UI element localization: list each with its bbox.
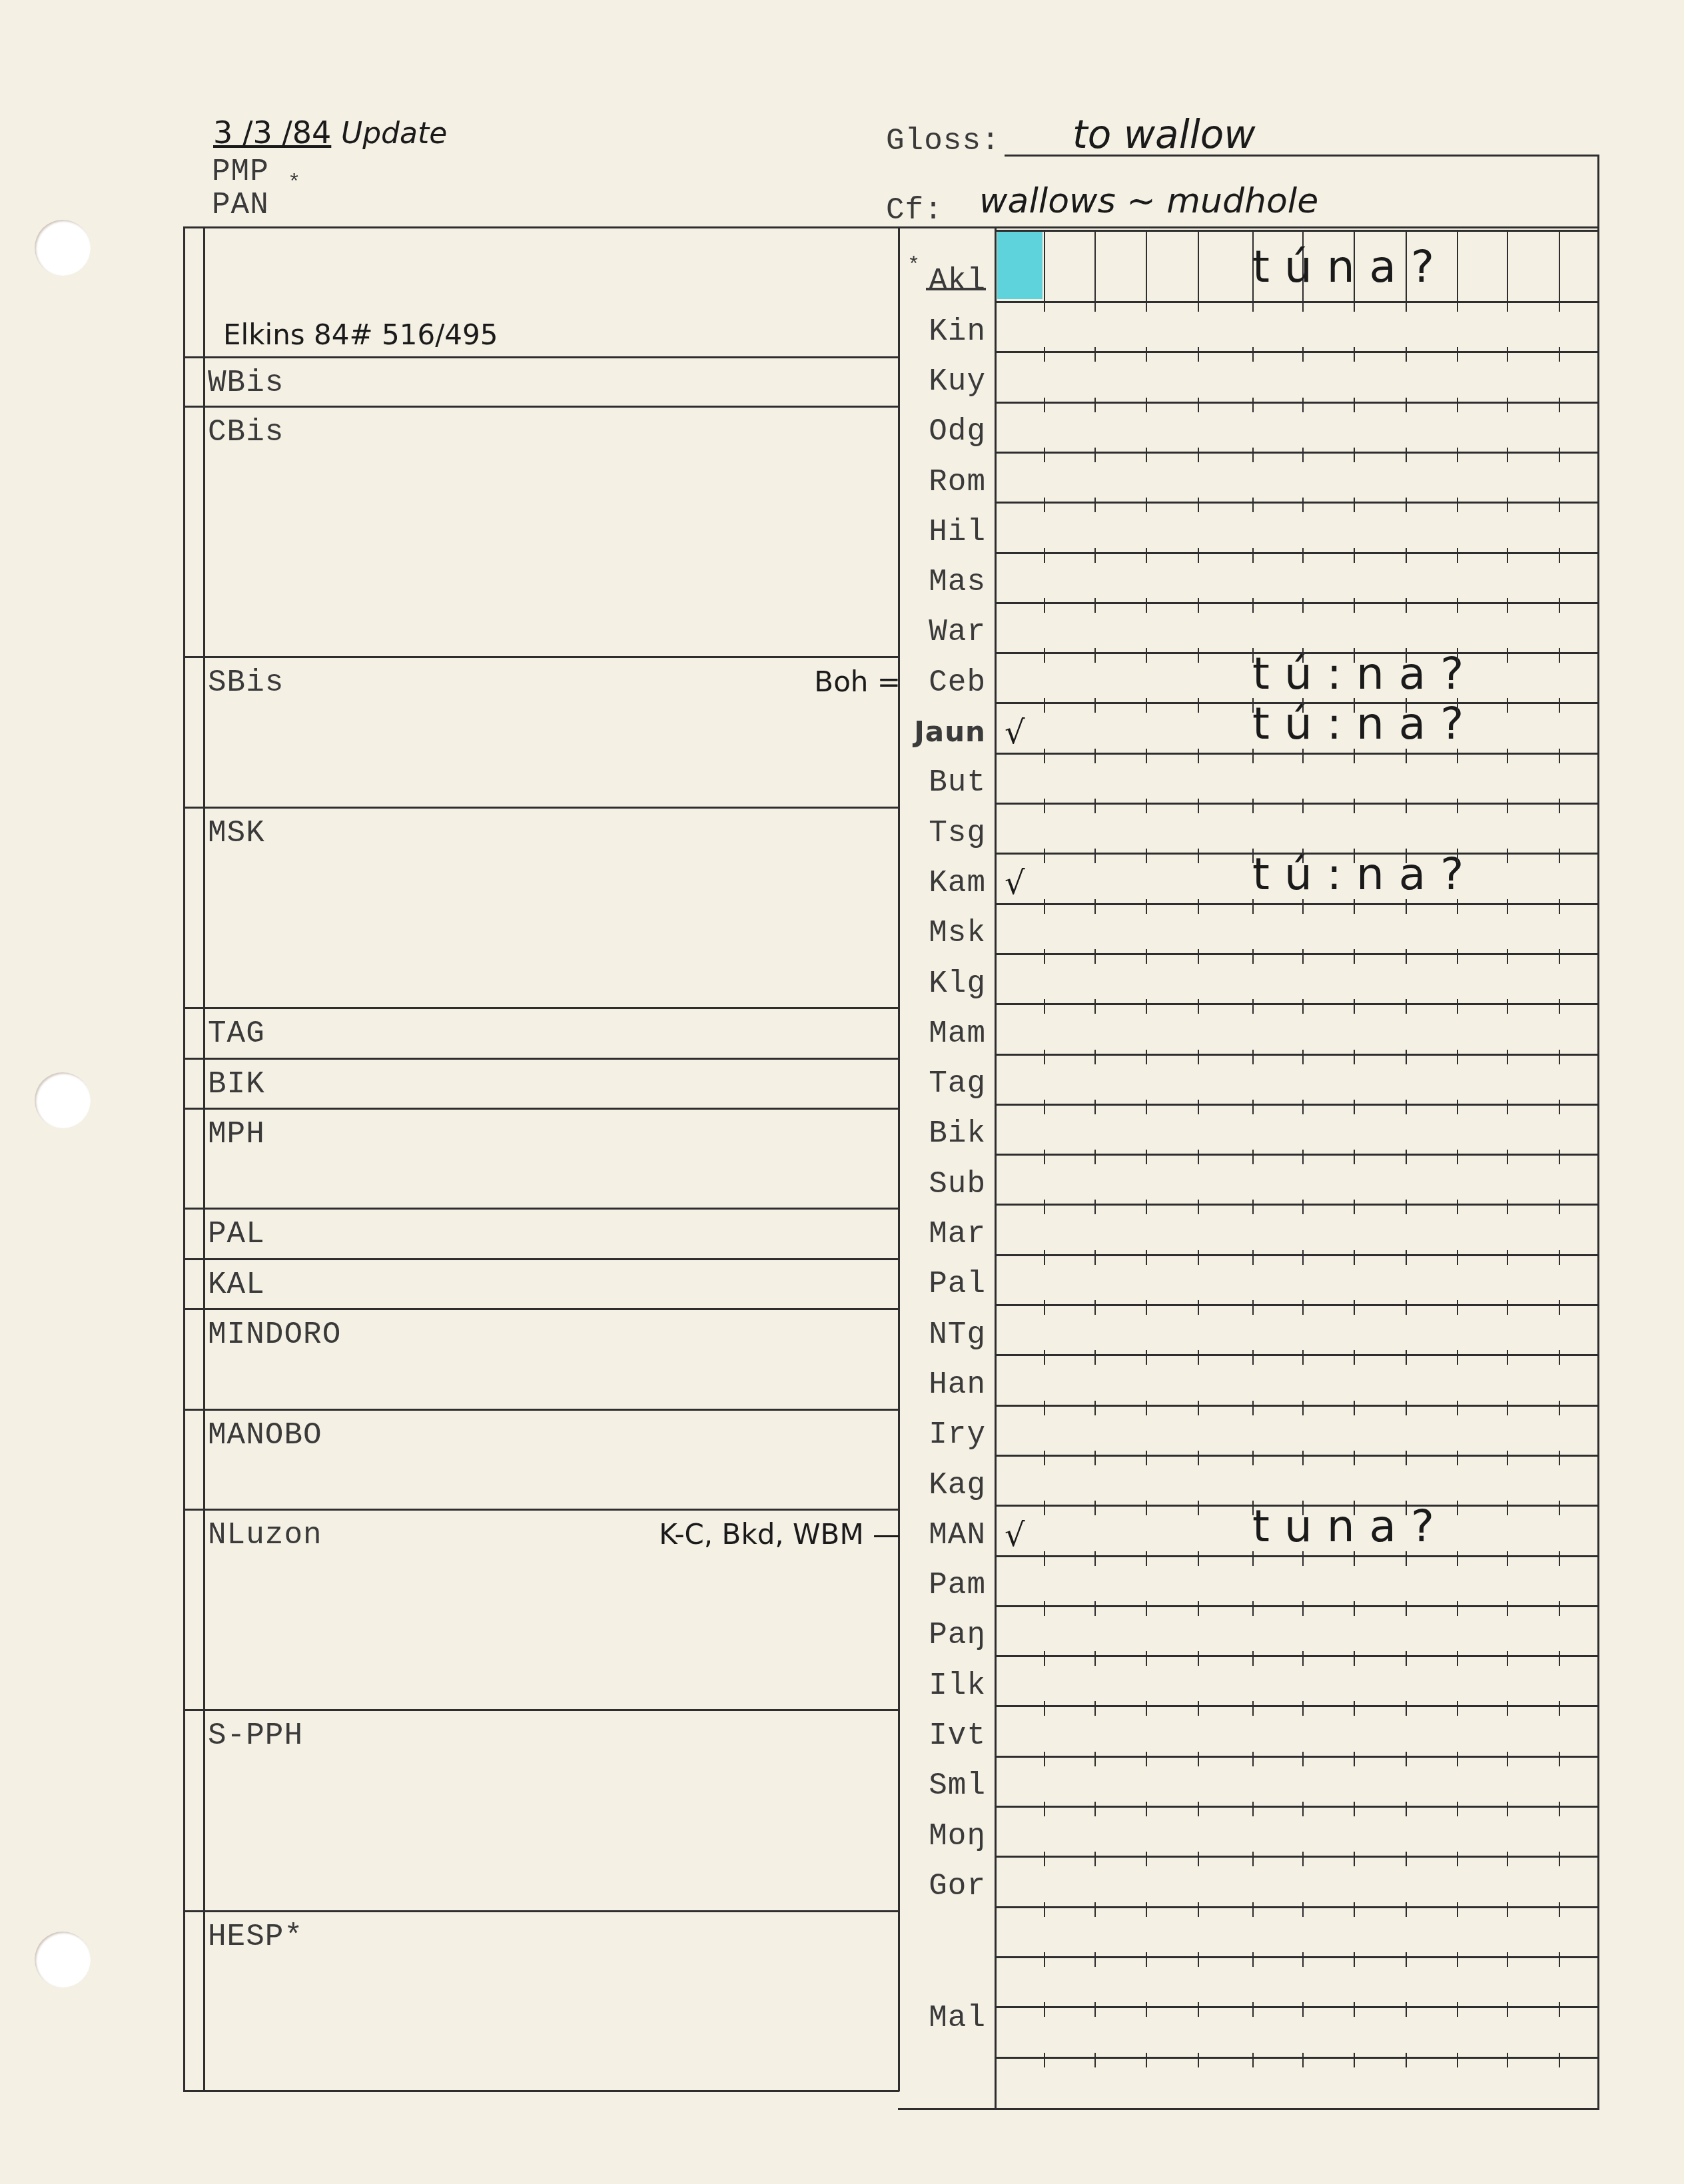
row-line [996, 652, 1599, 654]
row-tick [1094, 899, 1096, 914]
gloss-value[interactable]: to wallow [1072, 112, 1256, 157]
row-line [996, 1705, 1599, 1707]
row-tick [1354, 1601, 1355, 1616]
row-tick [1252, 648, 1254, 663]
row-tick [1302, 1802, 1304, 1816]
row-tick [1354, 1050, 1355, 1064]
row-tick [1302, 1902, 1304, 1917]
row-tick [1354, 1401, 1355, 1415]
reconstruction-cell-divider [1094, 230, 1096, 301]
table-left-border [183, 226, 185, 2091]
row-tick [1146, 648, 1147, 663]
source-note[interactable]: Elkins 84# 516/495 [223, 318, 498, 351]
gloss-label: Gloss: [886, 124, 1001, 159]
row-tick [1252, 448, 1254, 462]
row-tick [1094, 498, 1096, 512]
row-tick [1146, 1250, 1147, 1265]
section-divider [183, 1509, 899, 1511]
row-tick [1406, 1551, 1407, 1566]
row-tick [1354, 1902, 1355, 1917]
reflex-form[interactable]: tú:na? [1252, 648, 1478, 699]
language-code: Ilk [893, 1668, 986, 1703]
section-divider [183, 1007, 899, 1009]
row-tick [1044, 297, 1045, 312]
section-label: CBis [208, 415, 284, 450]
row-tick [1252, 347, 1254, 362]
row-tick [1559, 1350, 1560, 1365]
row-tick [1146, 999, 1147, 1014]
section-label: WBis [208, 366, 284, 400]
row-tick [1252, 2002, 1254, 2017]
row-line [996, 402, 1599, 404]
row-tick [1406, 1601, 1407, 1616]
language-code: Kam [893, 866, 986, 901]
language-code: Moŋ [893, 1819, 986, 1854]
row-tick [1457, 498, 1458, 512]
row-tick [1302, 1100, 1304, 1114]
row-tick [1302, 1350, 1304, 1365]
row-tick [1252, 1701, 1254, 1716]
language-code: Iry [893, 1417, 986, 1452]
row-tick [1302, 849, 1304, 863]
row-tick [1559, 1501, 1560, 1515]
row-tick [1252, 1802, 1254, 1816]
row-tick [1559, 448, 1560, 462]
row-tick [1094, 648, 1096, 663]
row-tick [1457, 1050, 1458, 1064]
row-tick [1302, 2053, 1304, 2067]
row-tick [1252, 1752, 1254, 1766]
row-tick [1559, 1601, 1560, 1616]
side-note[interactable]: K-C, Bkd, WBM — [659, 1518, 901, 1551]
row-tick [1094, 398, 1096, 412]
row-tick [1302, 899, 1304, 914]
row-line [996, 351, 1599, 353]
language-code: Han [893, 1367, 986, 1402]
pmp-label: PMP [212, 155, 269, 189]
language-code: Mam [893, 1016, 986, 1051]
row-tick [1198, 1902, 1199, 1917]
date-value: 3 /3 /84 [213, 115, 331, 151]
row-tick [1044, 899, 1045, 914]
row-tick [1146, 1200, 1147, 1214]
row-tick [1457, 1200, 1458, 1214]
reconstruction-cell-divider [1559, 230, 1560, 301]
row-tick [1044, 1050, 1045, 1064]
row-tick [1354, 1701, 1355, 1716]
row-tick [1302, 1852, 1304, 1866]
row-tick [1198, 1350, 1199, 1365]
row-tick [1094, 1501, 1096, 1515]
row-tick [1198, 347, 1199, 362]
row-line [996, 1455, 1599, 1457]
row-line [996, 702, 1599, 704]
row-tick [1354, 598, 1355, 613]
row-tick [1406, 1150, 1407, 1164]
row-tick [1094, 1902, 1096, 1917]
section-label: MSK [208, 816, 265, 851]
row-tick [1044, 1250, 1045, 1265]
language-code: Tag [893, 1066, 986, 1101]
row-line [996, 953, 1599, 955]
row-tick [1457, 1752, 1458, 1766]
cf-value[interactable]: wallows ~ mudhole [979, 181, 1318, 221]
row-tick [1406, 347, 1407, 362]
row-tick [1354, 2002, 1355, 2017]
row-line [996, 301, 1599, 303]
row-tick [1146, 1300, 1147, 1315]
row-tick [1559, 899, 1560, 914]
row-tick [1094, 1250, 1096, 1265]
row-tick [1146, 2053, 1147, 2067]
row-line [996, 1204, 1599, 1206]
row-tick [1094, 1451, 1096, 1465]
row-tick [1252, 999, 1254, 1014]
row-tick [1406, 398, 1407, 412]
row-tick [1198, 1601, 1199, 1616]
row-line [996, 502, 1599, 504]
row-tick [1559, 999, 1560, 1014]
language-code: Klg [893, 966, 986, 1001]
row-line [996, 1956, 1599, 1958]
row-tick [1094, 749, 1096, 763]
row-line [996, 1405, 1599, 1407]
row-tick [1252, 1852, 1254, 1866]
row-tick [1406, 1100, 1407, 1114]
language-code: Sml [893, 1768, 986, 1803]
row-tick [1354, 849, 1355, 863]
row-tick [1252, 1100, 1254, 1114]
row-tick [1457, 648, 1458, 663]
row-tick [1559, 297, 1560, 312]
section-divider [183, 1910, 899, 1912]
row-tick [1559, 498, 1560, 512]
row-tick [1094, 1601, 1096, 1616]
section-label: SBis [208, 665, 284, 700]
row-tick [1198, 1401, 1199, 1415]
row-tick [1198, 398, 1199, 412]
hole-punch-bottom [35, 1932, 91, 1988]
row-tick [1094, 1952, 1096, 1967]
row-tick [1354, 1200, 1355, 1214]
row-tick [1094, 799, 1096, 813]
row-tick [1559, 1952, 1560, 1967]
row-tick [1559, 1802, 1560, 1816]
section-label: PAL [208, 1217, 265, 1252]
row-tick [1252, 1050, 1254, 1064]
row-tick [1507, 1752, 1508, 1766]
row-tick [1094, 1852, 1096, 1866]
row-tick [1198, 1150, 1199, 1164]
row-line [996, 1054, 1599, 1056]
language-code: Msk [893, 916, 986, 950]
row-tick [1507, 598, 1508, 613]
row-tick [1252, 1200, 1254, 1214]
row-tick [1044, 1651, 1045, 1666]
row-tick [1457, 2002, 1458, 2017]
row-tick [1094, 1401, 1096, 1415]
row-tick [1457, 2053, 1458, 2067]
row-tick [1302, 949, 1304, 964]
row-line [996, 1655, 1599, 1657]
row-tick [1302, 1752, 1304, 1766]
row-tick [1406, 1401, 1407, 1415]
row-tick [1507, 1050, 1508, 1064]
section-divider [183, 1258, 899, 1260]
row-tick [1457, 999, 1458, 1014]
lang-column-right-border [995, 226, 997, 2110]
row-tick [1302, 1551, 1304, 1566]
row-tick [1559, 1451, 1560, 1465]
row-tick [1507, 1250, 1508, 1265]
row-tick [1044, 1701, 1045, 1716]
row-tick [1094, 1551, 1096, 1566]
row-tick [1302, 799, 1304, 813]
section-divider [183, 1308, 899, 1310]
row-tick [1198, 849, 1199, 863]
row-tick [1146, 1852, 1147, 1866]
row-tick [1354, 1752, 1355, 1766]
row-tick [1406, 648, 1407, 663]
row-tick [1198, 1802, 1199, 1816]
section-divider [183, 356, 899, 358]
row-tick [1406, 949, 1407, 964]
row-tick [1406, 548, 1407, 563]
row-tick [1406, 598, 1407, 613]
row-tick [1302, 448, 1304, 462]
row-tick [1406, 1902, 1407, 1917]
row-tick [1094, 1651, 1096, 1666]
row-tick [1559, 2053, 1560, 2067]
row-tick [1354, 1451, 1355, 1465]
row-line [996, 1756, 1599, 1758]
row-tick [1302, 1050, 1304, 1064]
row-tick [1406, 297, 1407, 312]
row-tick [1198, 698, 1199, 713]
row-tick [1302, 749, 1304, 763]
row-tick [1507, 749, 1508, 763]
row-tick [1044, 1300, 1045, 1315]
row-tick [1252, 1501, 1254, 1515]
row-tick [1198, 799, 1199, 813]
row-tick [1198, 1300, 1199, 1315]
row-tick [1354, 1350, 1355, 1365]
row-tick [1146, 1752, 1147, 1766]
row-tick [1146, 698, 1147, 713]
row-tick [1094, 1701, 1096, 1716]
row-tick [1507, 1651, 1508, 1666]
language-code: Mar [893, 1217, 986, 1252]
reflex-form[interactable]: tú:na? [1252, 849, 1478, 900]
row-tick [1559, 1200, 1560, 1214]
row-tick [1146, 949, 1147, 964]
reconstruction-cell-divider [1044, 230, 1045, 301]
row-tick [1252, 799, 1254, 813]
section-divider [183, 1709, 899, 1711]
section-label: MINDORO [208, 1317, 341, 1352]
row-tick [1198, 1250, 1199, 1265]
row-tick [1094, 1150, 1096, 1164]
row-tick [1507, 1200, 1508, 1214]
reflex-form[interactable]: tú:na? [1252, 698, 1478, 749]
row-tick [1252, 1902, 1254, 1917]
row-tick [1302, 1601, 1304, 1616]
row-tick [1559, 1651, 1560, 1666]
row-tick [1146, 1701, 1147, 1716]
side-note[interactable]: Boh = [814, 665, 901, 698]
row-tick [1354, 297, 1355, 312]
row-tick [1044, 1350, 1045, 1365]
row-tick [1094, 1300, 1096, 1315]
row-line [996, 602, 1599, 604]
row-tick [1094, 1752, 1096, 1766]
row-tick [1507, 999, 1508, 1014]
row-tick [1507, 849, 1508, 863]
row-tick [1198, 648, 1199, 663]
pan-label: PAN [212, 188, 269, 222]
row-tick [1559, 2002, 1560, 2017]
row-tick [1146, 849, 1147, 863]
language-code: Akl [893, 264, 986, 298]
section-divider [183, 807, 899, 809]
row-tick [1302, 548, 1304, 563]
row-tick [1198, 498, 1199, 512]
language-code: Hil [893, 515, 986, 549]
language-code: Ceb [893, 665, 986, 700]
language-code: Kag [893, 1468, 986, 1503]
row-tick [1507, 949, 1508, 964]
row-line [996, 853, 1599, 855]
row-tick [1559, 1050, 1560, 1064]
row-tick [1354, 1802, 1355, 1816]
row-line [996, 2006, 1599, 2008]
row-tick [1146, 347, 1147, 362]
row-tick [1457, 698, 1458, 713]
section-label: NLuzon [208, 1518, 322, 1553]
row-tick [1146, 498, 1147, 512]
reconstruction-form[interactable]: túna? [1252, 241, 1449, 292]
row-tick [1044, 398, 1045, 412]
row-tick [1457, 1902, 1458, 1917]
row-tick [1507, 1601, 1508, 1616]
language-code: Paŋ [893, 1618, 986, 1652]
row-tick [1146, 749, 1147, 763]
row-tick [1044, 1952, 1045, 1967]
row-tick [1507, 1401, 1508, 1415]
row-tick [1507, 698, 1508, 713]
row-tick [1457, 1401, 1458, 1415]
row-tick [1094, 347, 1096, 362]
row-tick [1146, 1551, 1147, 1566]
row-line [996, 1003, 1599, 1005]
hole-punch-middle [35, 1072, 91, 1128]
row-tick [1146, 1802, 1147, 1816]
row-tick [1457, 1300, 1458, 1315]
check-mark-icon: √ [1005, 865, 1025, 902]
row-tick [1044, 1401, 1045, 1415]
row-tick [1044, 1200, 1045, 1214]
row-tick [1354, 899, 1355, 914]
row-line [996, 1906, 1599, 1908]
row-tick [1198, 297, 1199, 312]
language-code: MAN [893, 1518, 986, 1553]
row-tick [1302, 1200, 1304, 1214]
row-tick [1457, 1651, 1458, 1666]
row-tick [1406, 1200, 1407, 1214]
language-code: Tsg [893, 816, 986, 851]
row-tick [1457, 1852, 1458, 1866]
row-tick [1094, 2002, 1096, 2017]
row-tick [1354, 1952, 1355, 1967]
row-tick [1044, 1501, 1045, 1515]
row-tick [1252, 1551, 1254, 1566]
section-label: MANOBO [208, 1418, 322, 1453]
row-tick [1559, 1250, 1560, 1265]
language-code: Sub [893, 1167, 986, 1202]
row-tick [1146, 398, 1147, 412]
row-tick [1507, 1350, 1508, 1365]
gloss-frame-top [1338, 155, 1599, 157]
row-tick [1044, 2002, 1045, 2017]
language-code: Pam [893, 1568, 986, 1603]
reconstruction-cell-divider [1146, 230, 1147, 301]
row-tick [1302, 1401, 1304, 1415]
row-tick [1146, 1651, 1147, 1666]
row-line [996, 1605, 1599, 1607]
row-line [996, 1555, 1599, 1557]
row-tick [1507, 1952, 1508, 1967]
row-tick [1044, 749, 1045, 763]
reflex-form[interactable]: tuna? [1252, 1501, 1449, 1552]
row-tick [1252, 1250, 1254, 1265]
row-tick [1457, 899, 1458, 914]
row-tick [1559, 1551, 1560, 1566]
language-code: Jaun [893, 715, 986, 748]
row-tick [1044, 1752, 1045, 1766]
row-tick [1146, 1100, 1147, 1114]
row-tick [1354, 1501, 1355, 1515]
row-tick [1302, 1952, 1304, 1967]
row-tick [1146, 899, 1147, 914]
row-tick [1252, 1451, 1254, 1465]
row-tick [1457, 1952, 1458, 1967]
section-divider [183, 1409, 899, 1411]
row-tick [1354, 398, 1355, 412]
row-tick [1198, 1050, 1199, 1064]
row-tick [1302, 648, 1304, 663]
row-tick [1354, 749, 1355, 763]
row-tick [1146, 1902, 1147, 1917]
table-left-inner-border [203, 226, 205, 2091]
row-tick [1406, 1501, 1407, 1515]
row-tick [1354, 698, 1355, 713]
row-tick [1354, 949, 1355, 964]
row-tick [1457, 1501, 1458, 1515]
row-tick [1198, 1852, 1199, 1866]
row-tick [1406, 1952, 1407, 1967]
row-tick [1406, 799, 1407, 813]
row-tick [1507, 448, 1508, 462]
row-line [996, 1254, 1599, 1256]
row-tick [1146, 1050, 1147, 1064]
row-tick [1044, 598, 1045, 613]
row-tick [1457, 1250, 1458, 1265]
row-tick [1507, 1802, 1508, 1816]
row-tick [1457, 949, 1458, 964]
row-tick [1044, 999, 1045, 1014]
row-tick [1146, 1350, 1147, 1365]
row-tick [1559, 548, 1560, 563]
